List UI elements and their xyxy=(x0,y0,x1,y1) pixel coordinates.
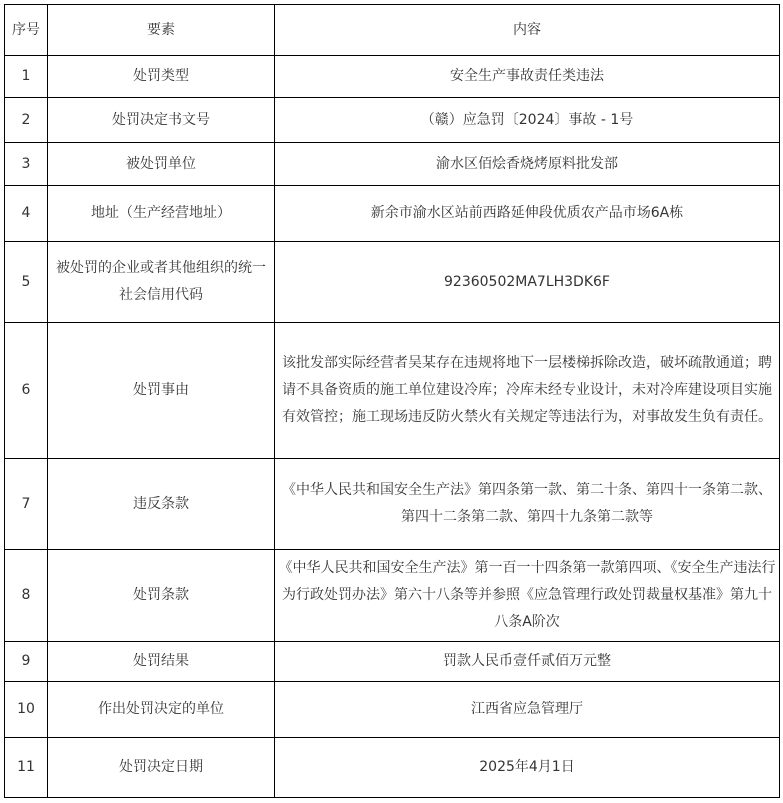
row-content: 新余市渝水区站前西路延伸段优质农产品市场6A栋 xyxy=(275,186,780,242)
table-row-penalty-type: 1 处罚类型 安全生产事故责任类违法 xyxy=(5,56,780,98)
table-row-penalty-result: 9 处罚结果 罚款人民币壹仟贰佰万元整 xyxy=(5,642,780,682)
row-element: 处罚结果 xyxy=(48,642,275,682)
row-content: 安全生产事故责任类违法 xyxy=(275,56,780,98)
row-content: 《中华人民共和国安全生产法》第一百一十四条第一款第四项、《安全生产违法行为行政处… xyxy=(275,550,780,642)
table-row-deciding-authority: 10 作出处罚决定的单位 江西省应急管理厅 xyxy=(5,682,780,738)
row-index: 2 xyxy=(5,98,48,143)
table-row-credit-code: 5 被处罚的企业或者其他组织的统一社会信用代码 92360502MA7LH3DK… xyxy=(5,242,780,323)
row-element: 处罚类型 xyxy=(48,56,275,98)
row-index: 6 xyxy=(5,323,48,459)
row-element: 处罚事由 xyxy=(48,323,275,459)
row-content: 该批发部实际经营者吴某存在违规将地下一层楼梯拆除改造，破坏疏散通道；聘请不具备资… xyxy=(275,323,780,459)
row-element: 处罚条款 xyxy=(48,550,275,642)
table-row-penalty-reason: 6 处罚事由 该批发部实际经营者吴某存在违规将地下一层楼梯拆除改造，破坏疏散通道… xyxy=(5,323,780,459)
row-content: 92360502MA7LH3DK6F xyxy=(275,242,780,323)
row-index: 7 xyxy=(5,459,48,550)
row-content: 渝水区佰烩香烧烤原料批发部 xyxy=(275,143,780,186)
row-index: 4 xyxy=(5,186,48,242)
table-row-penalty-clauses: 8 处罚条款 《中华人民共和国安全生产法》第一百一十四条第一款第四项、《安全生产… xyxy=(5,550,780,642)
row-index: 5 xyxy=(5,242,48,323)
row-index: 9 xyxy=(5,642,48,682)
row-index: 3 xyxy=(5,143,48,186)
table-row-decision-date: 11 处罚决定日期 2025年4月1日 xyxy=(5,738,780,798)
administrative-penalty-table: 序号 要素 内容 1 处罚类型 安全生产事故责任类违法 2 处罚决定书文号 （赣… xyxy=(4,4,780,798)
row-element: 作出处罚决定的单位 xyxy=(48,682,275,738)
row-index: 11 xyxy=(5,738,48,798)
row-element: 被处罚的企业或者其他组织的统一社会信用代码 xyxy=(48,242,275,323)
header-element: 要素 xyxy=(48,5,275,56)
row-content: 《中华人民共和国安全生产法》第四条第一款、第二十条、第四十一条第二款、第四十二条… xyxy=(275,459,780,550)
row-element: 被处罚单位 xyxy=(48,143,275,186)
row-content: （赣）应急罚〔2024〕事故 - 1号 xyxy=(275,98,780,143)
row-index: 10 xyxy=(5,682,48,738)
row-element: 处罚决定书文号 xyxy=(48,98,275,143)
row-index: 1 xyxy=(5,56,48,98)
row-element: 地址（生产经营地址） xyxy=(48,186,275,242)
table-header-row: 序号 要素 内容 xyxy=(5,5,780,56)
table-row-violated-clauses: 7 违反条款 《中华人民共和国安全生产法》第四条第一款、第二十条、第四十一条第二… xyxy=(5,459,780,550)
header-index: 序号 xyxy=(5,5,48,56)
header-content: 内容 xyxy=(275,5,780,56)
row-element: 处罚决定日期 xyxy=(48,738,275,798)
table-row-decision-number: 2 处罚决定书文号 （赣）应急罚〔2024〕事故 - 1号 xyxy=(5,98,780,143)
row-content: 2025年4月1日 xyxy=(275,738,780,798)
table-row-address: 4 地址（生产经营地址） 新余市渝水区站前西路延伸段优质农产品市场6A栋 xyxy=(5,186,780,242)
row-element: 违反条款 xyxy=(48,459,275,550)
row-content: 江西省应急管理厅 xyxy=(275,682,780,738)
row-content: 罚款人民币壹仟贰佰万元整 xyxy=(275,642,780,682)
table-row-penalized-unit: 3 被处罚单位 渝水区佰烩香烧烤原料批发部 xyxy=(5,143,780,186)
row-index: 8 xyxy=(5,550,48,642)
